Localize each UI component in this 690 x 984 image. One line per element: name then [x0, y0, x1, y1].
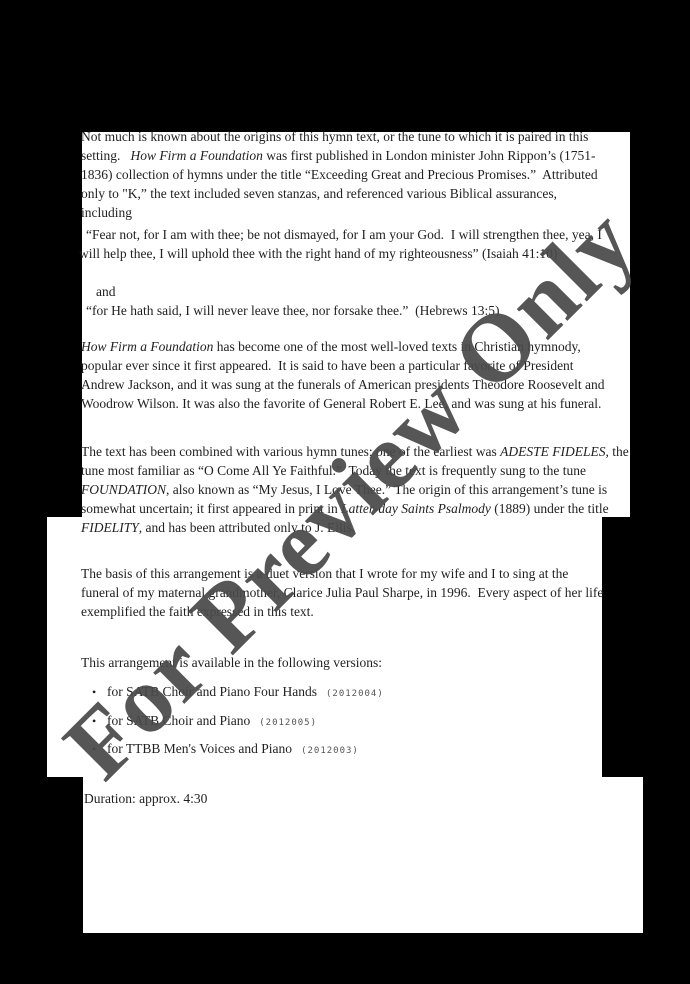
bullet-icon: • [92, 683, 107, 702]
paragraph-popularity: How Firm a Foundation has become one of … [81, 337, 605, 413]
document-preview-page: Not much is known about the origins of t… [47, 130, 643, 935]
version-label: for TTBB Men's Voices and Piano [107, 739, 292, 758]
paragraph-basis: The basis of this arrangement is a duet … [81, 564, 605, 621]
version-label: for SATB Choir and Piano Four Hands [107, 682, 317, 701]
version-list-item: •for TTBB Men's Voices and Piano(2012003… [92, 739, 612, 761]
quote-hebrews: “for He hath said, I will never leave th… [79, 301, 624, 320]
version-label: for SATB Choir and Piano [107, 711, 250, 730]
duration-text: Duration: approx. 4:30 [84, 789, 207, 808]
quote-connector: and [96, 282, 116, 301]
version-list-item: •for SATB Choir and Piano Four Hands(201… [92, 682, 612, 704]
bullet-icon: • [92, 740, 107, 759]
version-code: (2012005) [259, 714, 317, 733]
bullet-icon: • [92, 712, 107, 731]
quote-isaiah: “Fear not, for I am with thee; be not di… [79, 225, 621, 263]
paragraph-origin: Not much is known about the origins of t… [81, 130, 603, 222]
paper-block-middle [47, 517, 602, 777]
screenshot-root: { "colors": { "background": "#000000", "… [0, 0, 690, 984]
paragraph-tunes: The text has been combined with various … [81, 442, 633, 537]
version-code: (2012003) [301, 742, 359, 761]
versions-heading: This arrangement is available in the fol… [81, 653, 621, 672]
version-list-item: •for SATB Choir and Piano(2012005) [92, 711, 612, 733]
version-code: (2012004) [326, 685, 384, 704]
